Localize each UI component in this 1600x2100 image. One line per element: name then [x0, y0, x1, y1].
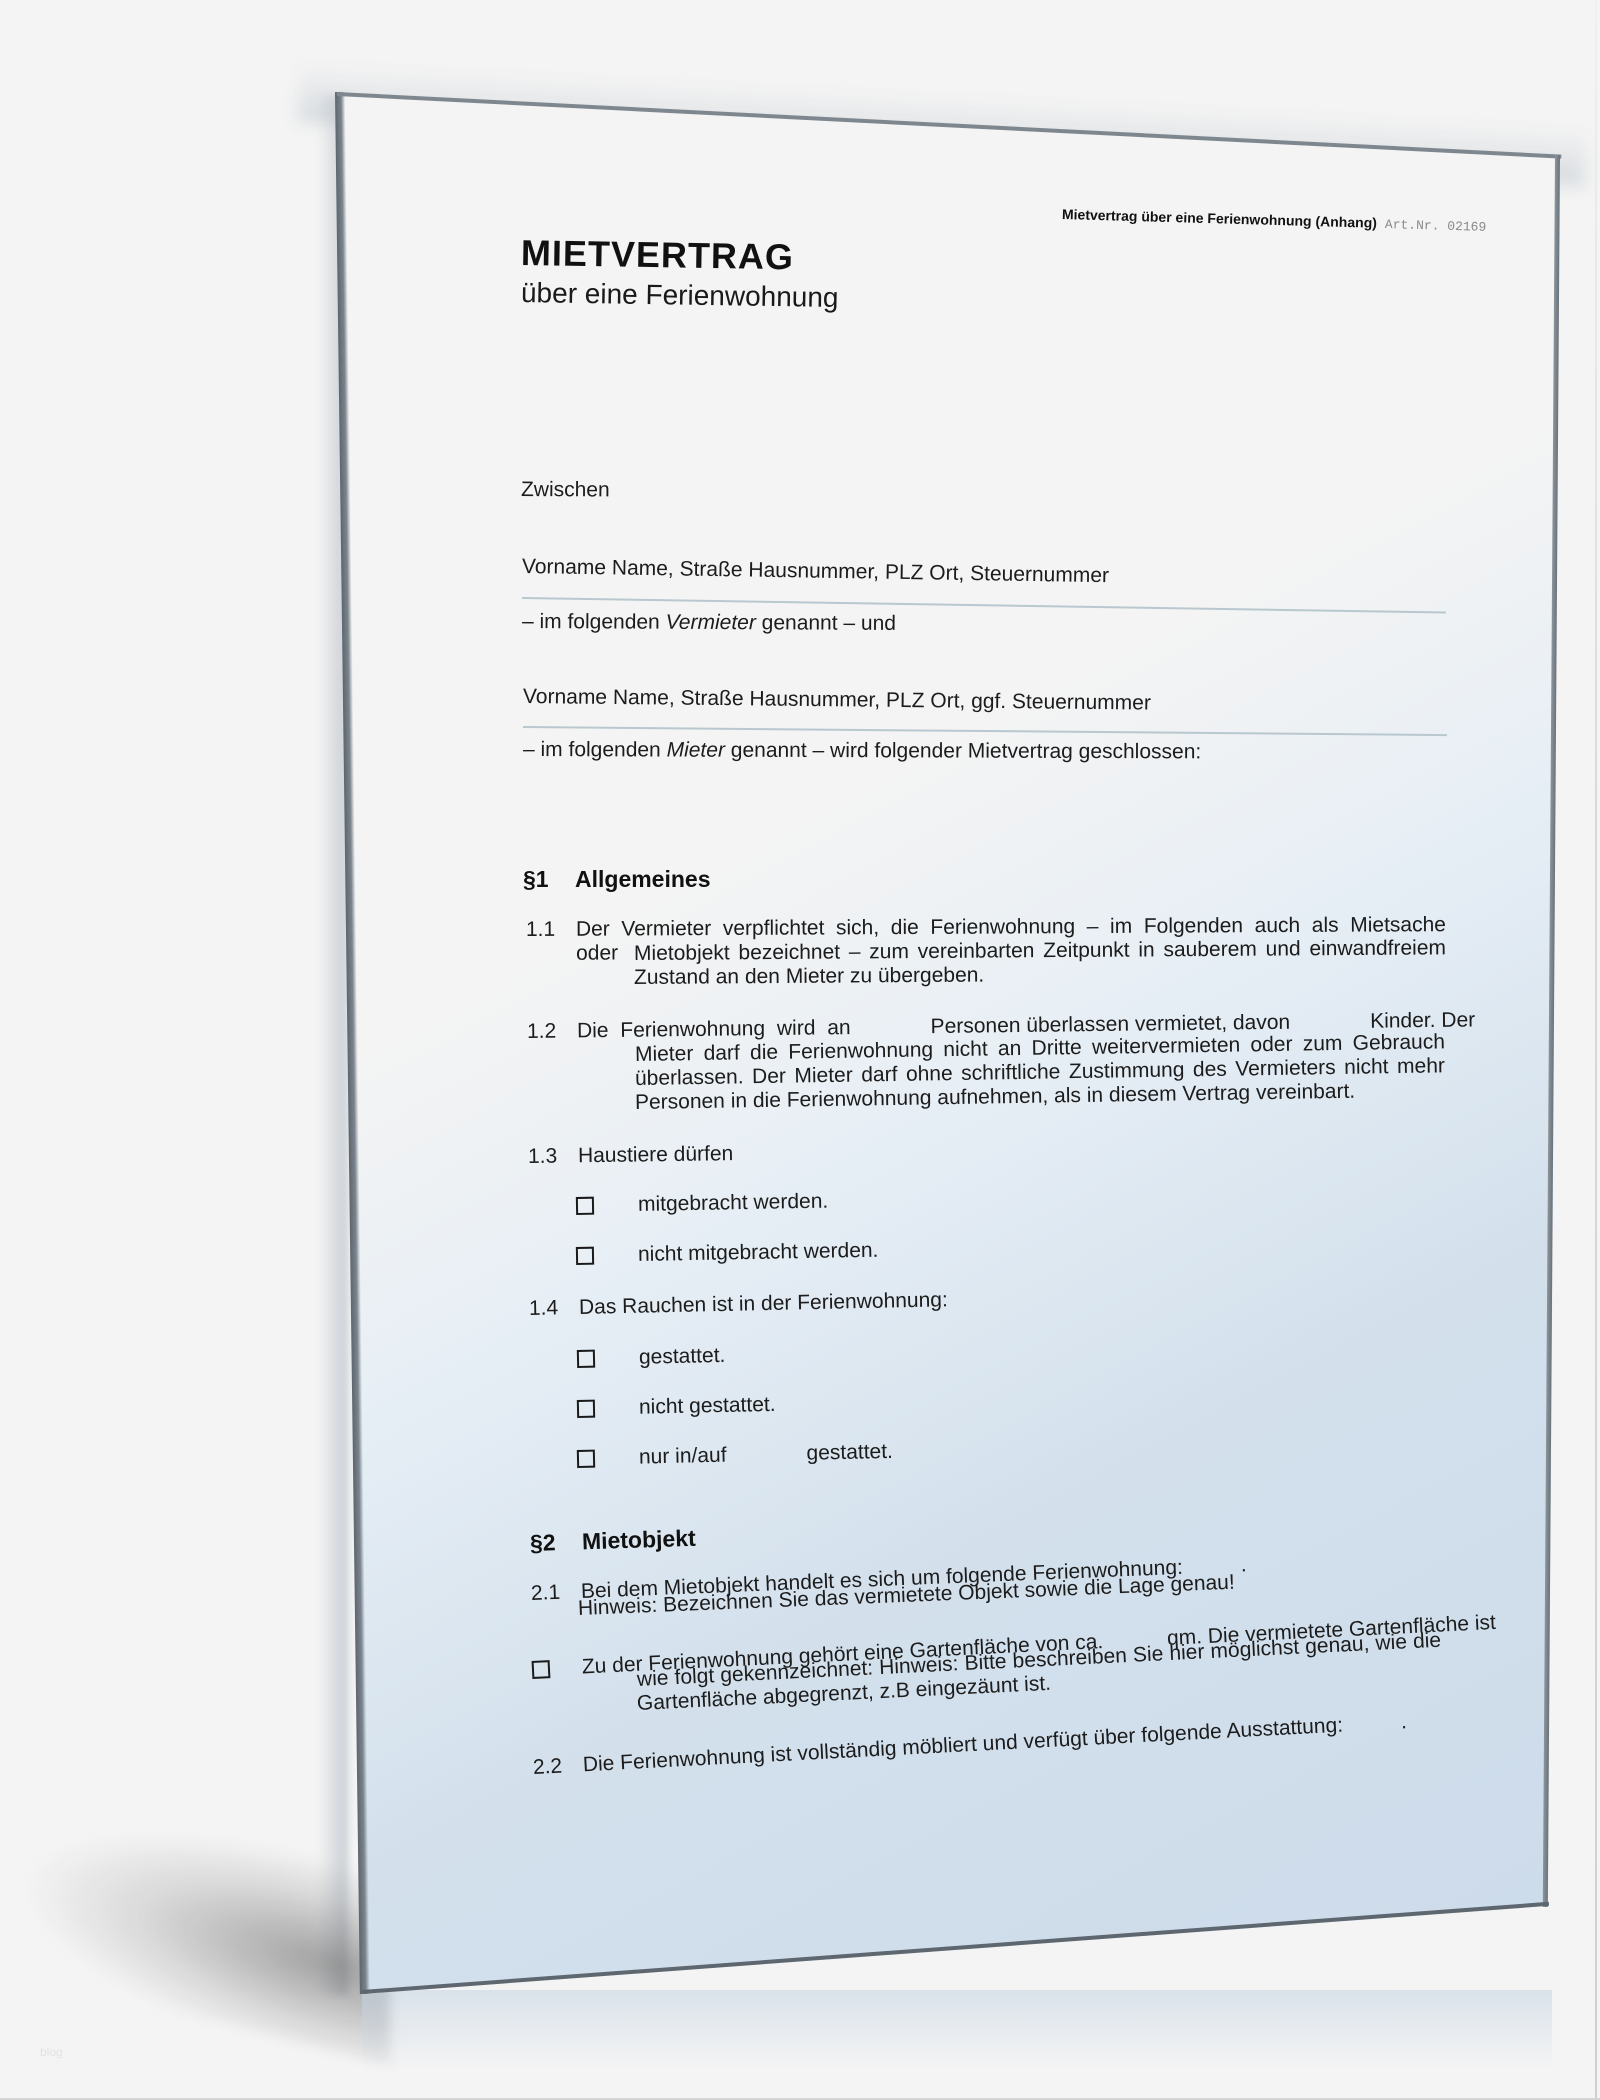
- item-1-2-number: 1.2: [527, 1019, 577, 1044]
- smoking-allowed-checkbox[interactable]: [577, 1350, 595, 1368]
- pets-not-allowed-label: nicht mitgebracht werden.: [638, 1239, 879, 1266]
- smoking-partial-label: nur in/auf: [639, 1444, 727, 1469]
- smoking-not-allowed-checkbox[interactable]: [577, 1400, 595, 1418]
- item-1-2-text-c: Kinder. Der: [1370, 1008, 1475, 1032]
- item-1-3-number: 1.3: [528, 1144, 578, 1169]
- tenant-role-post: genannt – wird folgender Mietvertrag ges…: [725, 739, 1201, 764]
- tenant-role: – im folgenden Mieter genannt – wird fol…: [523, 738, 1201, 764]
- pets-allowed-label: mitgebracht werden.: [638, 1190, 829, 1216]
- tenant-role-pre: – im folgenden: [523, 738, 667, 762]
- document-title: MIETVERTRAG: [521, 232, 795, 278]
- smoking-allowed-label: gestattet.: [639, 1344, 726, 1369]
- pets-allowed-checkbox[interactable]: [576, 1197, 594, 1215]
- landlord-role-pre: – im folgenden: [522, 610, 666, 634]
- smoking-location-field[interactable]: [727, 1460, 807, 1462]
- smoking-partial-checkbox[interactable]: [577, 1450, 595, 1468]
- item-1-4-number: 1.4: [529, 1296, 579, 1321]
- section-1-title: Allgemeines: [575, 866, 711, 892]
- landlord-role: – im folgenden Vermieter genannt – und: [522, 610, 896, 636]
- smoking-option-allowed[interactable]: gestattet.: [577, 1344, 726, 1371]
- smoking-not-allowed-label: nicht gestattet.: [639, 1393, 776, 1419]
- garden-checkbox[interactable]: [532, 1660, 551, 1679]
- pets-option-allowed[interactable]: mitgebracht werden.: [576, 1190, 829, 1218]
- landlord-role-post: genannt – und: [756, 611, 896, 635]
- smoking-partial-suffix: gestattet.: [806, 1440, 893, 1465]
- watermark: blog: [40, 2045, 63, 2059]
- landlord-role-term: Vermieter: [666, 611, 756, 634]
- item-2-2-number: 2.2: [532, 1753, 583, 1780]
- item-1-1-number: 1.1: [526, 918, 576, 966]
- section-1-number: §1: [523, 866, 575, 893]
- item-1-2-text-a: Die Ferienwohnung wird an: [577, 1016, 851, 1042]
- image-frame-right: [1595, 0, 1597, 2100]
- section-2-number: §2: [530, 1528, 583, 1557]
- smoking-option-not-allowed[interactable]: nicht gestattet.: [577, 1393, 776, 1421]
- item-1-1-line3: Zustand an den Mieter zu übergeben.: [634, 964, 984, 990]
- item-2-1-period: .: [1240, 1553, 1247, 1576]
- article-number: Art.Nr. 02169: [1385, 217, 1487, 235]
- section-1-heading: §1Allgemeines: [523, 866, 711, 893]
- document-subtitle: über eine Ferienwohnung: [521, 277, 839, 314]
- pets-not-allowed-checkbox[interactable]: [576, 1247, 594, 1265]
- item-2-2-period: .: [1400, 1710, 1407, 1733]
- item-2-1-number: 2.1: [531, 1580, 582, 1606]
- equipment-field[interactable]: [1343, 1729, 1401, 1732]
- item-1-3-label: 1.3Haustiere dürfen: [528, 1142, 734, 1169]
- section-2-title: Mietobjekt: [582, 1525, 696, 1555]
- children-count-field[interactable]: [1290, 1028, 1370, 1029]
- item-1-3-text: Haustiere dürfen: [578, 1142, 734, 1167]
- section-2-heading: §2Mietobjekt: [530, 1525, 697, 1557]
- parties-intro: Zwischen: [521, 478, 610, 502]
- persons-count-field[interactable]: [851, 1033, 931, 1034]
- page-reflection: [362, 1990, 1552, 2070]
- tenant-role-term: Mieter: [667, 739, 725, 762]
